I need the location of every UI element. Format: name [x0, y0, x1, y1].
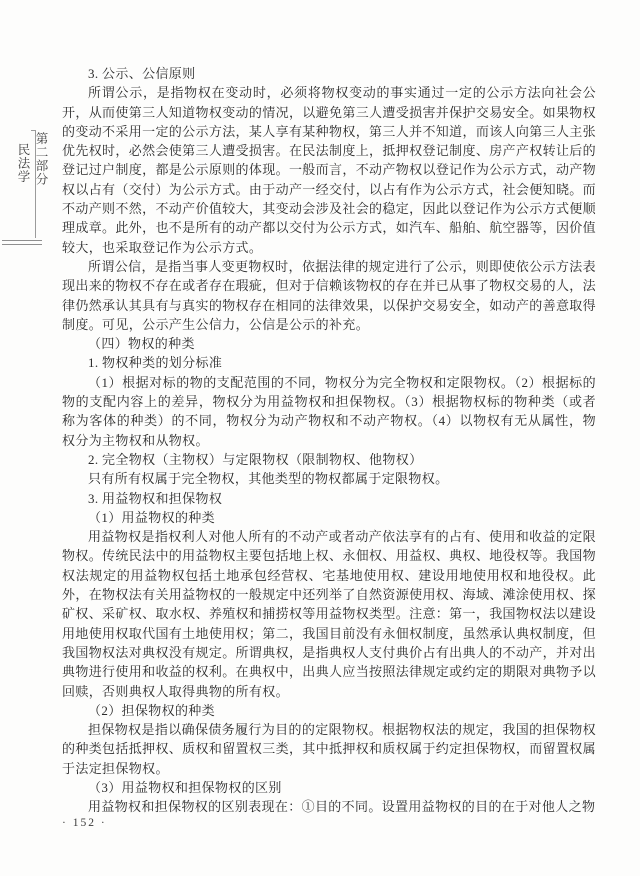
- paragraph: （1）根据对标的物的支配范围的不同，物权分为完全物权和定限物权。（2）根据标的物…: [62, 373, 596, 450]
- paragraph: 用益物权是指权利人对他人所有的不动产或者动产依法享有的占有、使用和收益的定限物权…: [62, 527, 596, 701]
- book-page: 第二部分 民法学 3. 公示、公信原则所谓公示，是指物权在变动时，必须将物权变动…: [0, 0, 640, 876]
- section-heading: 2. 完全物权（主物权）与定限物权（限制物权、他物权）: [62, 450, 596, 469]
- paragraph: 所谓公信，是指当事人变更物权时，依据法律的规定进行了公示，则即使依公示方法表现出…: [62, 257, 596, 334]
- section-heading: （1）用益物权的种类: [62, 508, 596, 527]
- section-heading: （2）担保物权的种类: [62, 701, 596, 720]
- sidebar-part-label: 第二部分: [34, 132, 48, 186]
- page-number: · 152 ·: [62, 817, 107, 829]
- section-heading: 1. 物权种类的划分标准: [62, 353, 596, 372]
- paragraph: 所谓公示，是指物权在变动时，必须将物权变动的事实通过一定的公示方法向社会公开，从…: [62, 83, 596, 257]
- content-column: 3. 公示、公信原则所谓公示，是指物权在变动时，必须将物权变动的事实通过一定的公…: [62, 64, 596, 817]
- section-heading: （四）物权的种类: [62, 334, 596, 353]
- paragraph: 用益物权和担保物权的区别表现在：①目的不同。设置用益物权的目的在于对他人之物: [62, 797, 596, 816]
- section-heading: 3. 用益物权和担保物权: [62, 489, 596, 508]
- paragraph: 担保物权是指以确保债务履行为目的的定限物权。根据物权法的规定，我国的担保物权的种…: [62, 720, 596, 778]
- sidebar-subject-label: 民法学: [14, 143, 32, 184]
- paragraph: 只有所有权属于完全物权，其他类型的物权都属于定限物权。: [62, 469, 596, 488]
- sidebar-vertical-text: 第二部分 民法学: [14, 132, 50, 250]
- sidebar-part-tab: 第二部分 民法学: [8, 128, 48, 250]
- section-heading: 3. 公示、公信原则: [62, 64, 596, 83]
- section-heading: （3）用益物权和担保物权的区别: [62, 778, 596, 797]
